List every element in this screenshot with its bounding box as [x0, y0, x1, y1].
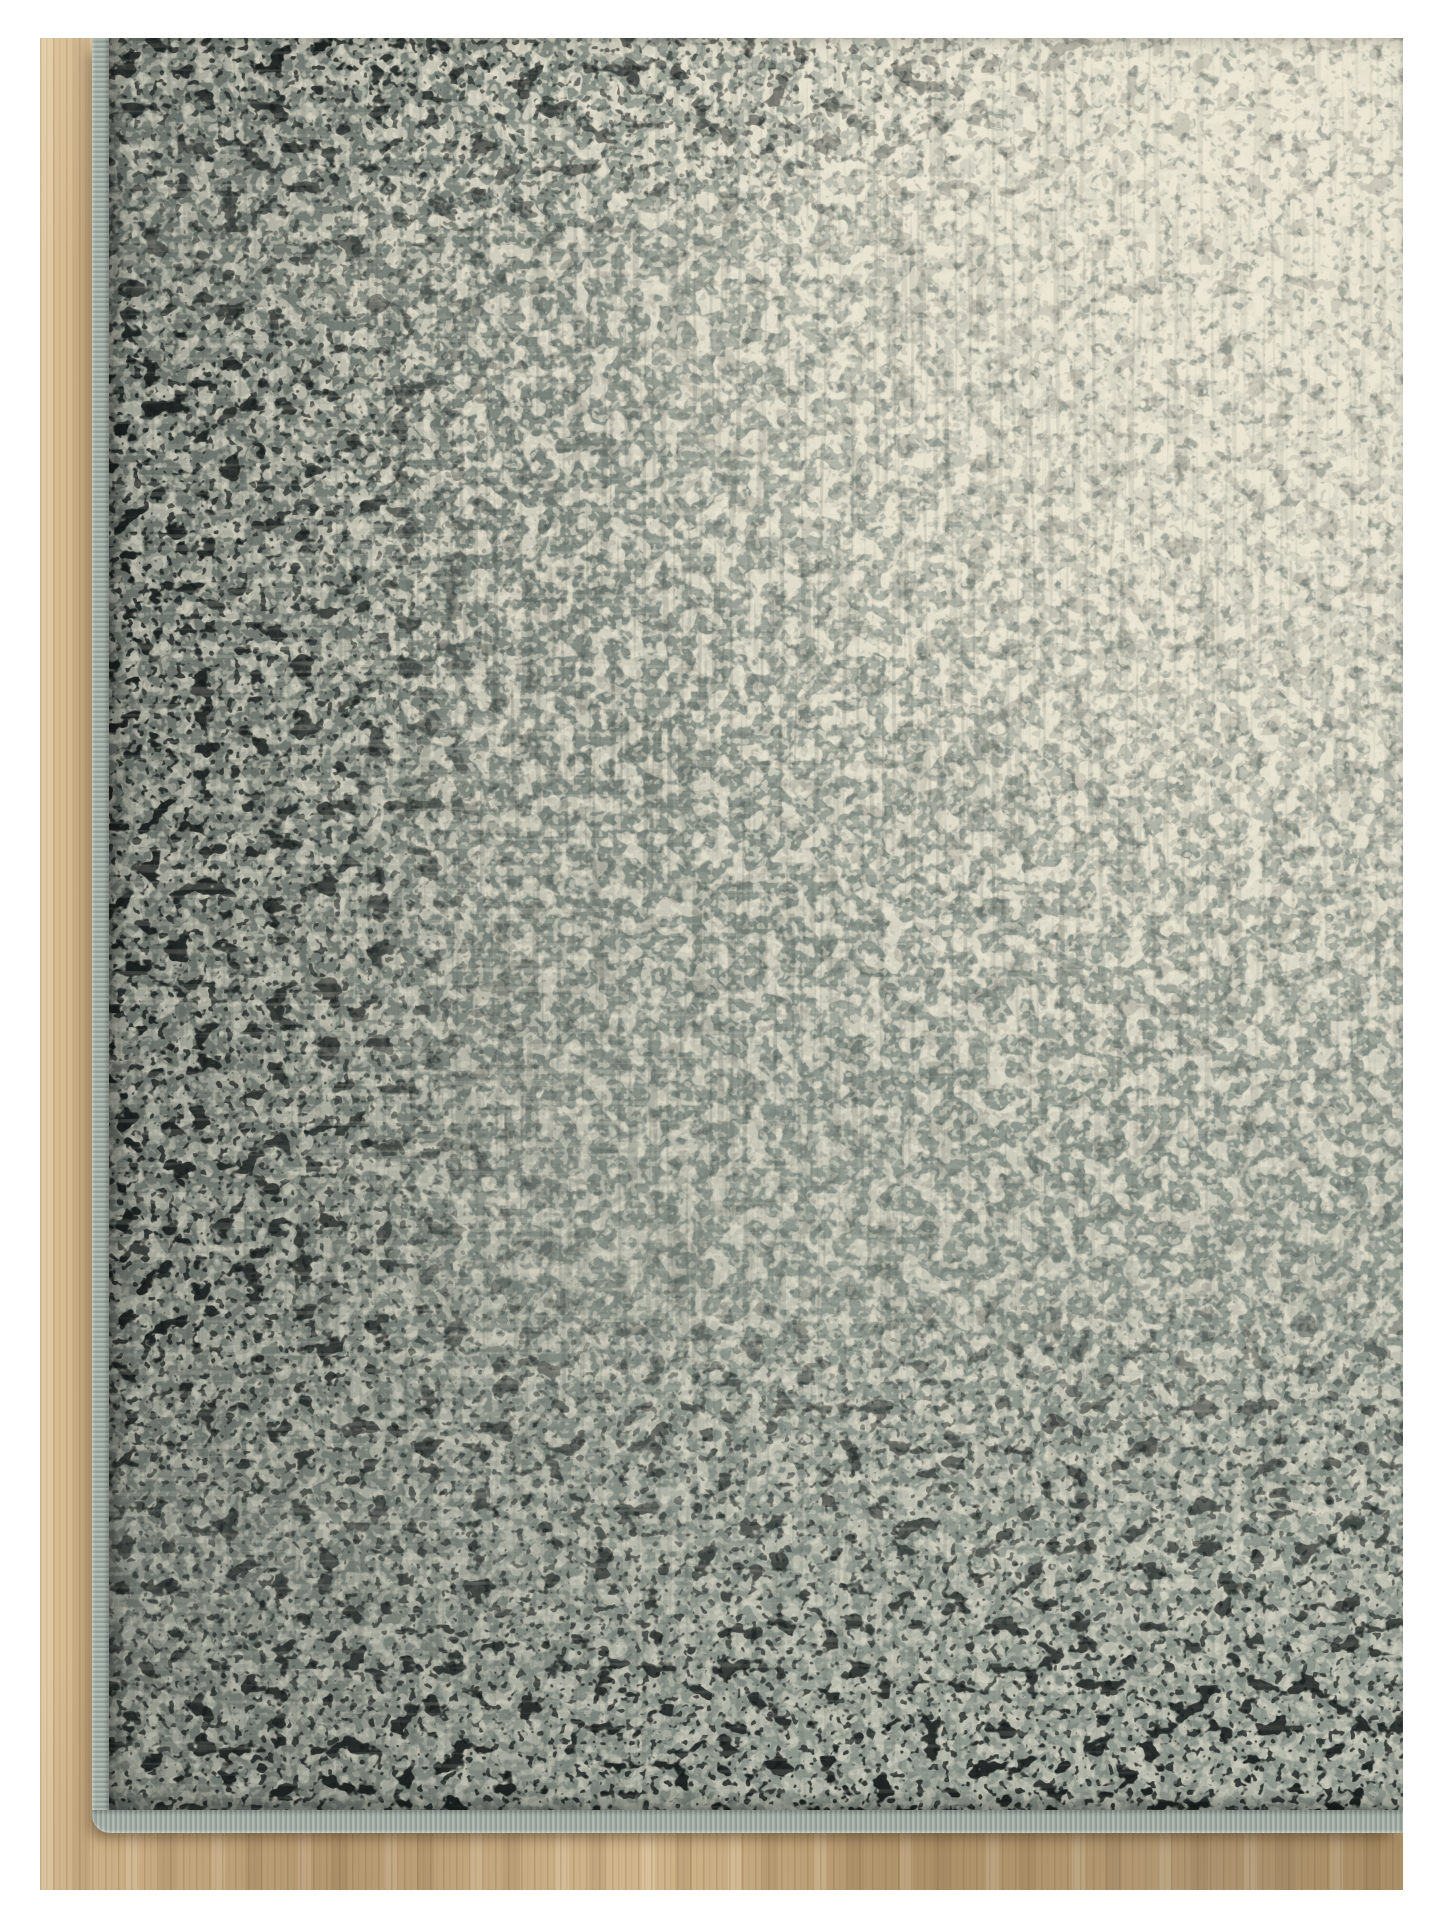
rug: [92, 38, 1403, 1833]
rug-vertical-distress-layer: [92, 38, 1403, 1833]
rug-texture: [92, 38, 1403, 1833]
rug-binding-left-edge: [92, 38, 109, 1833]
product-photo: [40, 38, 1403, 1890]
rug-binding-bottom-edge: [92, 1810, 1403, 1833]
